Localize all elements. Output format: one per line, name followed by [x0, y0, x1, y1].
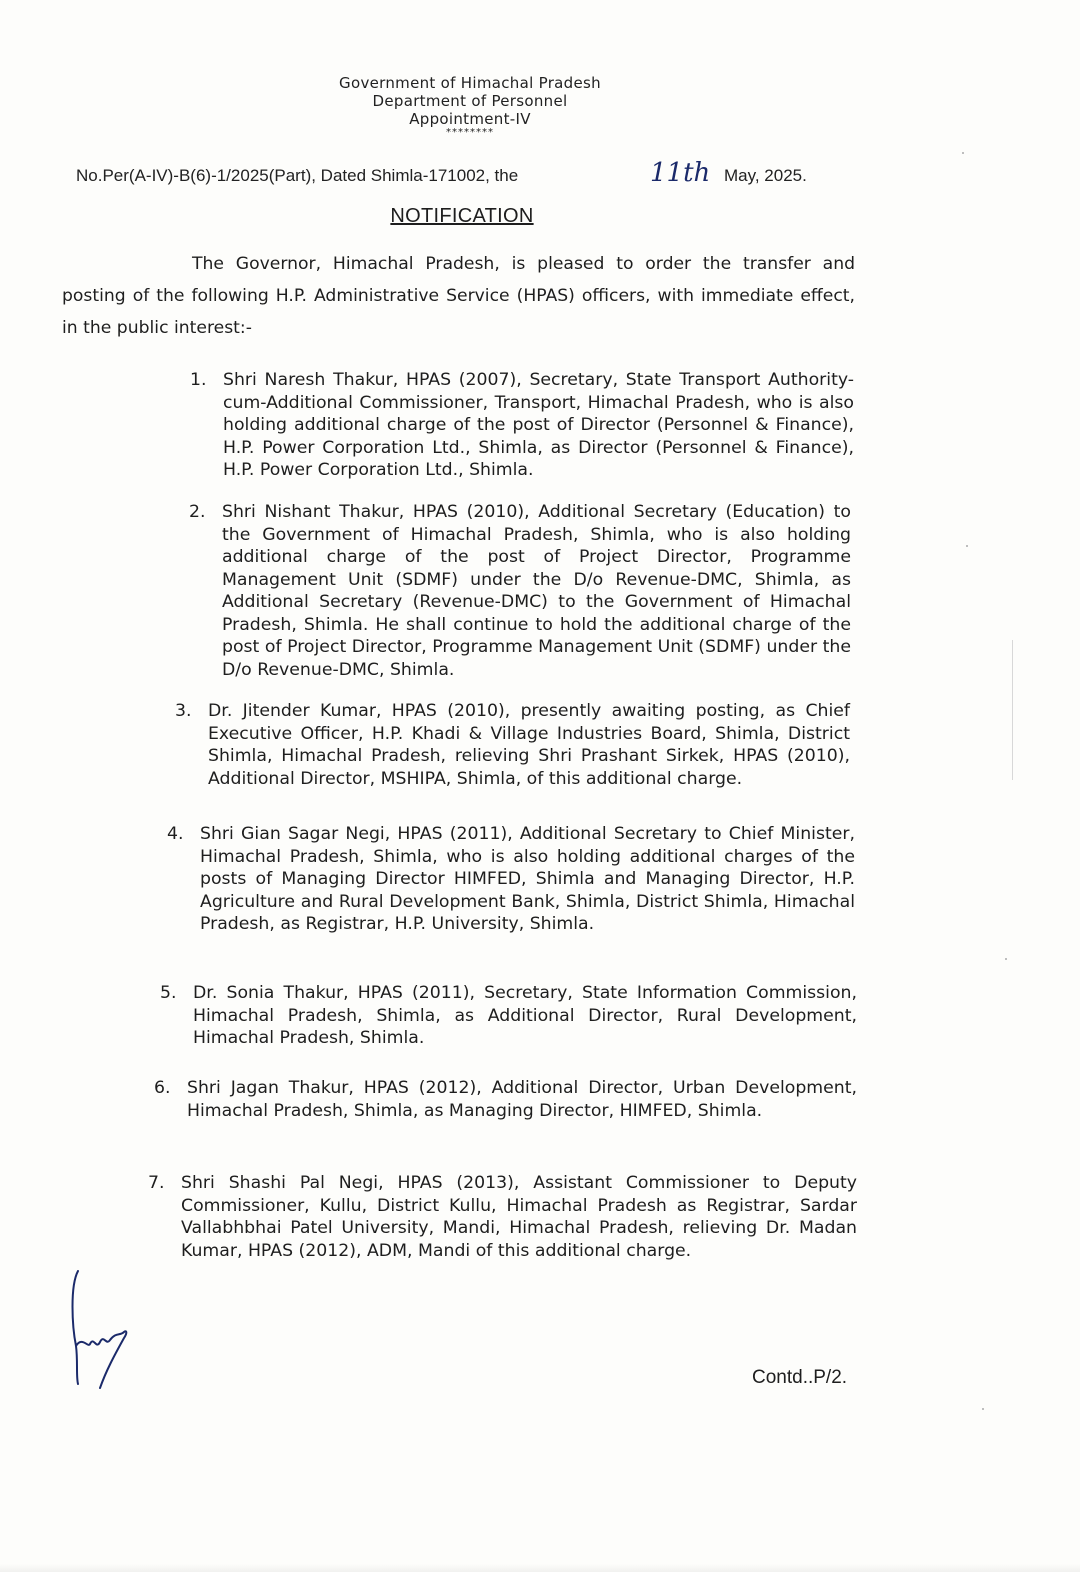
- list-item: 2. Shri Nishant Thakur, HPAS (2010), Add…: [222, 501, 851, 681]
- letterhead: Government of Himachal Pradesh Departmen…: [0, 74, 940, 138]
- item-number: 3.: [175, 700, 192, 723]
- item-text: Shri Naresh Thakur, HPAS (2007), Secreta…: [223, 369, 854, 482]
- item-text: Dr. Sonia Thakur, HPAS (2011), Secretary…: [193, 982, 857, 1050]
- handwritten-date: 11th: [650, 158, 710, 188]
- intro-paragraph: The Governor, Himachal Pradesh, is pleas…: [62, 248, 855, 344]
- list-item: 6. Shri Jagan Thakur, HPAS (2012), Addit…: [187, 1077, 857, 1122]
- date-month-year: May, 2025.: [724, 166, 807, 186]
- item-text: Shri Nishant Thakur, HPAS (2010), Additi…: [222, 501, 851, 681]
- item-number: 7.: [148, 1172, 165, 1195]
- list-item: 7. Shri Shashi Pal Negi, HPAS (2013), As…: [181, 1172, 857, 1262]
- item-text: Shri Gian Sagar Negi, HPAS (2011), Addit…: [200, 823, 855, 936]
- item-text: Dr. Jitender Kumar, HPAS (2010), present…: [208, 700, 850, 790]
- department-name: Department of Personnel: [0, 92, 940, 110]
- scan-speck: [966, 545, 968, 547]
- signature: [66, 1266, 166, 1396]
- scan-speck: [982, 1408, 984, 1410]
- scan-speck: [1005, 958, 1007, 960]
- scan-speck: [962, 152, 964, 154]
- item-number: 1.: [190, 369, 207, 392]
- signature-icon: [66, 1266, 166, 1396]
- list-item: 3. Dr. Jitender Kumar, HPAS (2010), pres…: [208, 700, 850, 790]
- item-number: 4.: [167, 823, 184, 846]
- item-text: Shri Jagan Thakur, HPAS (2012), Addition…: [187, 1077, 857, 1122]
- item-number: 6.: [154, 1077, 171, 1100]
- page-edge: [0, 1564, 1080, 1572]
- list-item: 1. Shri Naresh Thakur, HPAS (2007), Secr…: [223, 369, 854, 482]
- scan-artifact: [1012, 640, 1013, 780]
- list-item: 5. Dr. Sonia Thakur, HPAS (2011), Secret…: [193, 982, 857, 1050]
- section-name: Appointment-IV: [0, 110, 940, 128]
- item-number: 2.: [189, 501, 206, 524]
- list-item: 4. Shri Gian Sagar Negi, HPAS (2011), Ad…: [200, 823, 855, 936]
- notification-title: NOTIFICATION: [0, 205, 924, 228]
- reference-number: No.Per(A-IV)-B(6)-1/2025(Part), Dated Sh…: [76, 166, 518, 186]
- item-text: Shri Shashi Pal Negi, HPAS (2013), Assis…: [181, 1172, 857, 1262]
- government-name: Government of Himachal Pradesh: [0, 74, 940, 92]
- continued-note: Contd..P/2.: [752, 1367, 847, 1389]
- header-separator: ********: [0, 128, 940, 138]
- item-number: 5.: [160, 982, 177, 1005]
